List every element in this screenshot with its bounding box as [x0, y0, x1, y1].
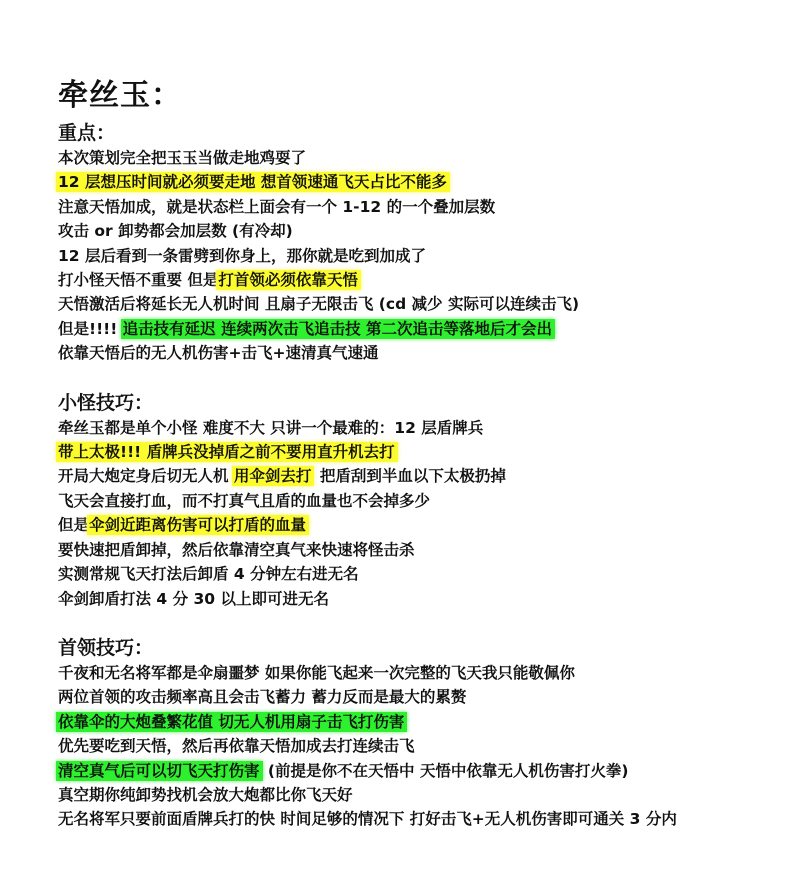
text-line: 但是伞剑近距离伤害可以打盾的血量	[58, 513, 778, 537]
text-segment: 千夜和无名将军都是伞扇噩梦 如果你能飞起来一次完整的飞天我只能敬佩你	[58, 664, 575, 682]
text-segment: 天悟激活后将延长无人机时间 且扇子无限击飞 (cd 减少 实际可以连续击飞)	[58, 295, 579, 313]
section-heading: 重点：	[58, 120, 778, 146]
text-segment: 飞天会直接打血，而不打真气且盾的血量也不会掉多少	[58, 492, 430, 510]
section-boss-tips: 首领技巧：千夜和无名将军都是伞扇噩梦 如果你能飞起来一次完整的飞天我只能敬佩你两…	[58, 635, 778, 832]
text-line: 攻击 or 卸势都会加层数 (有冷却)	[58, 219, 778, 243]
text-line: 注意天悟加成，就是状态栏上面会有一个 1-12 的一个叠加层数	[58, 195, 778, 219]
highlight-yellow: 12 层想压时间就必须要走地 想首领速通飞天占比不能多	[56, 172, 450, 192]
text-segment: 两位首领的攻击频率高且会击飞蓄力 蓄力反而是最大的累赘	[58, 688, 466, 706]
highlight-yellow: 用伞剑去打	[232, 466, 315, 486]
section-heading: 小怪技巧：	[58, 390, 778, 416]
text-line: 清空真气后可以切飞天打伤害 (前提是你不在天悟中 天悟中依靠无人机伤害打火拳)	[58, 759, 778, 783]
text-line: 打小怪天悟不重要 但是打首领必须依靠天悟	[58, 268, 778, 292]
section-heading: 首领技巧：	[58, 635, 778, 661]
text-line: 12 层后看到一条雷劈到你身上，那你就是吃到加成了	[58, 244, 778, 268]
section-gap	[58, 366, 778, 390]
section-key-points: 重点：本次策划完全把玉玉当做走地鸡耍了12 层想压时间就必须要走地 想首领速通飞…	[58, 120, 778, 366]
text-segment: 本次策划完全把玉玉当做走地鸡耍了	[58, 149, 306, 167]
text-line: 本次策划完全把玉玉当做走地鸡耍了	[58, 146, 778, 170]
sections-container: 重点：本次策划完全把玉玉当做走地鸡耍了12 层想压时间就必须要走地 想首领速通飞…	[58, 120, 778, 832]
text-line: 12 层想压时间就必须要走地 想首领速通飞天占比不能多	[58, 170, 778, 194]
page-title: 牵丝玉：	[58, 78, 778, 114]
text-line: 开局大炮定身后切无人机 用伞剑去打 把盾刮到半血以下太极扔掉	[58, 464, 778, 488]
text-line: 飞天会直接打血，而不打真气且盾的血量也不会掉多少	[58, 489, 778, 513]
text-segment: 打小怪天悟不重要 但是	[58, 271, 218, 289]
text-segment: 要快速把盾卸掉，然后依靠清空真气来快速将怪击杀	[58, 541, 415, 559]
text-segment: 实测常规飞天打法后卸盾 4 分钟左右进无名	[58, 565, 359, 583]
section-gap	[58, 611, 778, 635]
text-segment: 把盾刮到半血以下太极扔掉	[314, 467, 505, 485]
text-line: 但是!!!! 追击技有延迟 连续两次击飞追击技 第二次追击等落地后才会出	[58, 317, 778, 341]
text-line: 牵丝玉都是单个小怪 难度不大 只讲一个最难的：12 层盾牌兵	[58, 416, 778, 440]
text-line: 依靠天悟后的无人机伤害+击飞+速清真气速通	[58, 341, 778, 365]
text-line: 真空期你纯卸势找机会放大炮都比你飞天好	[58, 783, 778, 807]
text-segment: 但是	[58, 516, 89, 534]
text-segment: 但是!!!!	[58, 320, 123, 338]
text-line: 两位首领的攻击频率高且会击飞蓄力 蓄力反而是最大的累赘	[58, 685, 778, 709]
text-line: 要快速把盾卸掉，然后依靠清空真气来快速将怪击杀	[58, 538, 778, 562]
text-segment: 真空期你纯卸势找机会放大炮都比你飞天好	[58, 786, 353, 804]
text-line: 带上太极!!! 盾牌兵没掉盾之前不要用直升机去打	[58, 440, 778, 464]
text-segment: 优先要吃到天悟，然后再依靠天悟加成去打连续击飞	[58, 737, 415, 755]
text-segment: 开局大炮定身后切无人机	[58, 467, 234, 485]
text-line: 无名将军只要前面盾牌兵打的快 时间足够的情况下 打好击飞+无人机伤害即可通关 3…	[58, 807, 778, 831]
highlight-yellow: 打首领必须依靠天悟	[216, 270, 361, 290]
text-segment: (前提是你不在天悟中 天悟中依靠无人机伤害打火拳)	[263, 762, 629, 780]
highlight-green: 依靠伞的大炮叠繁花值 切无人机用扇子击飞打伤害	[56, 712, 407, 732]
highlight-green: 清空真气后可以切飞天打伤害	[56, 761, 263, 781]
text-line: 千夜和无名将军都是伞扇噩梦 如果你能飞起来一次完整的飞天我只能敬佩你	[58, 661, 778, 685]
text-segment: 攻击 or 卸势都会加层数 (有冷却)	[58, 222, 293, 240]
text-segment: 伞剑卸盾打法 4 分 30 以上即可进无名	[58, 590, 329, 608]
text-line: 优先要吃到天悟，然后再依靠天悟加成去打连续击飞	[58, 734, 778, 758]
text-segment: 12 层后看到一条雷劈到你身上，那你就是吃到加成了	[58, 247, 426, 265]
text-segment: 注意天悟加成，就是状态栏上面会有一个 1-12 的一个叠加层数	[58, 198, 495, 216]
text-line: 伞剑卸盾打法 4 分 30 以上即可进无名	[58, 587, 778, 611]
text-segment: 牵丝玉都是单个小怪 难度不大 只讲一个最难的：12 层盾牌兵	[58, 419, 483, 437]
text-line: 天悟激活后将延长无人机时间 且扇子无限击飞 (cd 减少 实际可以连续击飞)	[58, 292, 778, 316]
text-line: 依靠伞的大炮叠繁花值 切无人机用扇子击飞打伤害	[58, 710, 778, 734]
text-segment: 依靠天悟后的无人机伤害+击飞+速清真气速通	[58, 344, 378, 362]
highlight-yellow: 伞剑近距离伤害可以打盾的血量	[87, 515, 309, 535]
text-line: 实测常规飞天打法后卸盾 4 分钟左右进无名	[58, 562, 778, 586]
highlight-yellow: 带上太极!!! 盾牌兵没掉盾之前不要用直升机去打	[56, 442, 398, 462]
highlight-green: 追击技有延迟 连续两次击飞追击技 第二次追击等落地后才会出	[121, 319, 555, 339]
text-segment: 无名将军只要前面盾牌兵打的快 时间足够的情况下 打好击飞+无人机伤害即可通关 3…	[58, 810, 677, 828]
section-minion-tips: 小怪技巧：牵丝玉都是单个小怪 难度不大 只讲一个最难的：12 层盾牌兵带上太极!…	[58, 390, 778, 611]
document: 牵丝玉： 重点：本次策划完全把玉玉当做走地鸡耍了12 层想压时间就必须要走地 想…	[58, 78, 778, 832]
